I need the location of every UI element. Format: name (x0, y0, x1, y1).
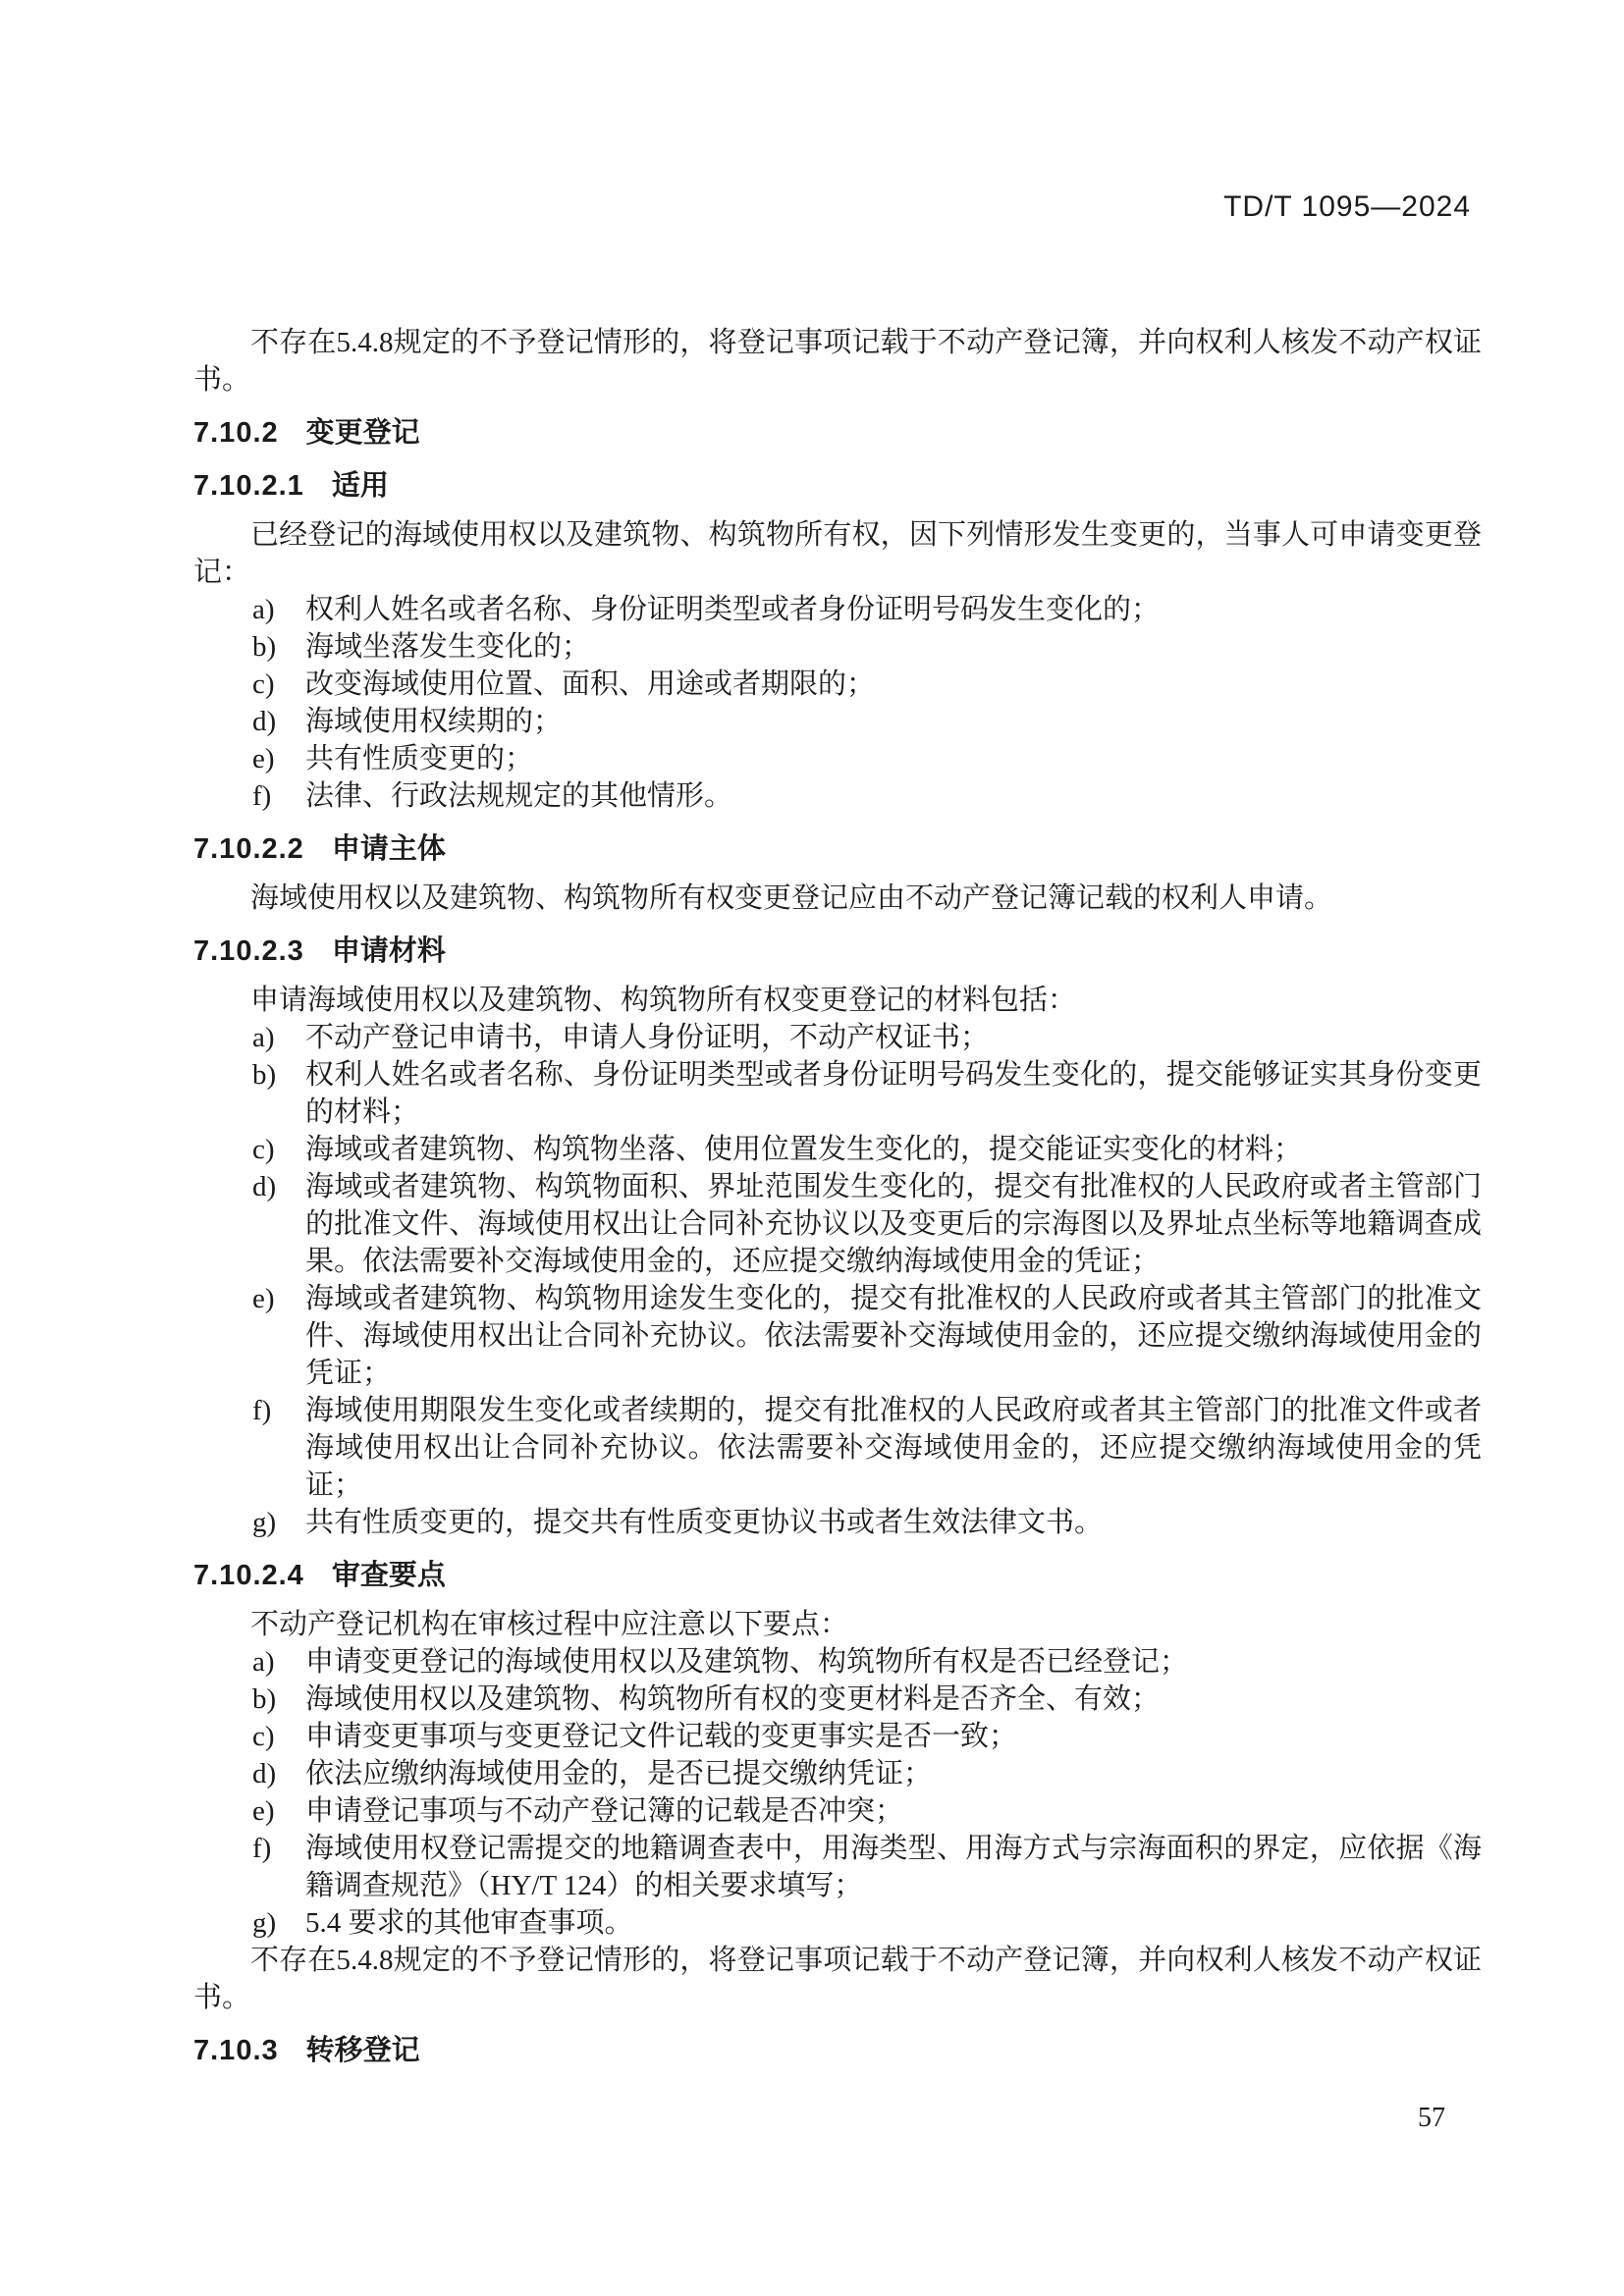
clause-marker: b) (252, 1056, 305, 1131)
clause-item: e) 申请登记事项与不动产登记簿的记载是否冲突； (193, 1792, 1482, 1830)
clause-text: 海域使用权续期的； (305, 703, 1482, 740)
clause-marker: a) (252, 1019, 305, 1056)
clause-text: 海域或者建筑物、构筑物面积、界址范围发生变化的，提交有批准权的人民政府或者主管部… (305, 1168, 1482, 1280)
clause-marker: g) (252, 1904, 305, 1942)
clause-marker: d) (252, 1168, 305, 1280)
clause-item: d) 海域使用权续期的； (193, 703, 1482, 740)
section-title: 申请材料 (332, 935, 446, 967)
clause-item: d) 海域或者建筑物、构筑物面积、界址范围发生变化的，提交有批准权的人民政府或者… (193, 1168, 1482, 1280)
review-closing-paragraph: 不存在5.4.8规定的不予登记情形的，将登记事项记载于不动产登记簿，并向权利人核… (193, 1942, 1482, 2016)
clause-marker: e) (252, 740, 305, 777)
clause-item: g) 共有性质变更的，提交共有性质变更协议书或者生效法律文书。 (193, 1504, 1482, 1541)
section-heading-change-registration: 7.10.2变更登记 (193, 414, 1482, 452)
page-number: 57 (1418, 2103, 1445, 2134)
clause-text: 海域或者建筑物、构筑物用途发生变化的，提交有批准权的人民政府或者其主管部门的批准… (305, 1280, 1482, 1392)
applicant-paragraph: 海域使用权以及建筑物、构筑物所有权变更登记应由不动产登记簿记载的权利人申请。 (193, 880, 1482, 917)
clause-marker: d) (252, 703, 305, 740)
clause-marker: d) (252, 1755, 305, 1792)
clause-marker: b) (252, 628, 305, 666)
clause-marker: b) (252, 1681, 305, 1718)
subsection-heading-materials: 7.10.2.3申请材料 (193, 933, 1482, 970)
clause-text: 改变海域使用位置、面积、用途或者期限的； (305, 666, 1482, 703)
apply-paragraph: 已经登记的海域使用权以及建筑物、构筑物所有权，因下列情形发生变更的，当事人可申请… (193, 516, 1482, 591)
subsection-heading-review: 7.10.2.4审查要点 (193, 1557, 1482, 1594)
clause-text: 共有性质变更的； (305, 740, 1482, 777)
section-number: 7.10.2 (193, 414, 279, 452)
section-title: 审查要点 (332, 1560, 446, 1591)
section-heading-transfer-registration: 7.10.3转移登记 (193, 2032, 1482, 2069)
clause-text: 5.4 要求的其他审查事项。 (305, 1904, 1482, 1942)
clause-marker: c) (252, 1131, 305, 1168)
clause-text: 海域使用期限发生变化或者续期的，提交有批准权的人民政府或者其主管部门的批准文件或… (305, 1392, 1482, 1504)
clause-item: b) 权利人姓名或者名称、身份证明类型或者身份证明号码发生变化的，提交能够证实其… (193, 1056, 1482, 1131)
clause-text: 申请变更登记的海域使用权以及建筑物、构筑物所有权是否已经登记； (305, 1643, 1482, 1681)
standard-code-header: TD/T 1095—2024 (1223, 190, 1471, 224)
clause-item: e) 共有性质变更的； (193, 740, 1482, 777)
clause-item: b) 海域坐落发生变化的； (193, 628, 1482, 666)
clause-item: d) 依法应缴纳海域使用金的，是否已提交缴纳凭证； (193, 1755, 1482, 1792)
clause-item: f) 海域使用期限发生变化或者续期的，提交有批准权的人民政府或者其主管部门的批准… (193, 1392, 1482, 1504)
clause-item: g) 5.4 要求的其他审查事项。 (193, 1904, 1482, 1942)
review-clause-list: a) 申请变更登记的海域使用权以及建筑物、构筑物所有权是否已经登记； b) 海域… (193, 1643, 1482, 1942)
document-page: TD/T 1095—2024 不存在5.4.8规定的不予登记情形的，将登记事项记… (0, 0, 1624, 2296)
clause-marker: f) (252, 1392, 305, 1504)
materials-paragraph: 申请海域使用权以及建筑物、构筑物所有权变更登记的材料包括： (193, 982, 1482, 1019)
clause-item: c) 申请变更事项与变更登记文件记载的变更事实是否一致； (193, 1718, 1482, 1755)
apply-clause-list: a) 权利人姓名或者名称、身份证明类型或者身份证明号码发生变化的； b) 海域坐… (193, 591, 1482, 815)
review-paragraph: 不动产登记机构在审核过程中应注意以下要点： (193, 1606, 1482, 1643)
clause-item: a) 权利人姓名或者名称、身份证明类型或者身份证明号码发生变化的； (193, 591, 1482, 628)
clause-marker: a) (252, 591, 305, 628)
clause-marker: f) (252, 777, 305, 815)
section-title: 转移登记 (306, 2035, 420, 2066)
clause-item: e) 海域或者建筑物、构筑物用途发生变化的，提交有批准权的人民政府或者其主管部门… (193, 1280, 1482, 1392)
clause-text: 不动产登记申请书，申请人身份证明，不动产权证书； (305, 1019, 1482, 1056)
section-number: 7.10.3 (193, 2032, 279, 2069)
clause-item: c) 改变海域使用位置、面积、用途或者期限的； (193, 666, 1482, 703)
page-content: 不存在5.4.8规定的不予登记情形的，将登记事项记载于不动产登记簿，并向权利人核… (193, 324, 1482, 2081)
clause-text: 依法应缴纳海域使用金的，是否已提交缴纳凭证； (305, 1755, 1482, 1792)
materials-clause-list: a) 不动产登记申请书，申请人身份证明，不动产权证书； b) 权利人姓名或者名称… (193, 1019, 1482, 1541)
clause-text: 共有性质变更的，提交共有性质变更协议书或者生效法律文书。 (305, 1504, 1482, 1541)
clause-item: a) 不动产登记申请书，申请人身份证明，不动产权证书； (193, 1019, 1482, 1056)
section-number: 7.10.2.2 (193, 830, 304, 868)
clause-text: 海域使用权登记需提交的地籍调查表中，用海类型、用海方式与宗海面积的界定，应依据《… (305, 1830, 1482, 1904)
subsection-heading-applicant: 7.10.2.2申请主体 (193, 830, 1482, 868)
clause-marker: c) (252, 1718, 305, 1755)
section-number: 7.10.2.4 (193, 1557, 304, 1594)
clause-marker: a) (252, 1643, 305, 1681)
clause-item: a) 申请变更登记的海域使用权以及建筑物、构筑物所有权是否已经登记； (193, 1643, 1482, 1681)
clause-marker: e) (252, 1792, 305, 1830)
clause-text: 海域坐落发生变化的； (305, 628, 1482, 666)
clause-item: b) 海域使用权以及建筑物、构筑物所有权的变更材料是否齐全、有效； (193, 1681, 1482, 1718)
section-title: 变更登记 (306, 417, 420, 449)
section-number: 7.10.2.3 (193, 933, 304, 970)
clause-item: f) 法律、行政法规规定的其他情形。 (193, 777, 1482, 815)
clause-item: c) 海域或者建筑物、构筑物坐落、使用位置发生变化的，提交能证实变化的材料； (193, 1131, 1482, 1168)
section-title: 适用 (332, 470, 389, 502)
section-title: 申请主体 (332, 833, 446, 865)
clause-item: f) 海域使用权登记需提交的地籍调查表中，用海类型、用海方式与宗海面积的界定，应… (193, 1830, 1482, 1904)
clause-marker: f) (252, 1830, 305, 1904)
section-number: 7.10.2.1 (193, 467, 304, 505)
clause-text: 权利人姓名或者名称、身份证明类型或者身份证明号码发生变化的； (305, 591, 1482, 628)
subsection-heading-apply: 7.10.2.1适用 (193, 467, 1482, 505)
clause-marker: c) (252, 666, 305, 703)
clause-text: 权利人姓名或者名称、身份证明类型或者身份证明号码发生变化的，提交能够证实其身份变… (305, 1056, 1482, 1131)
clause-marker: g) (252, 1504, 305, 1541)
clause-text: 法律、行政法规规定的其他情形。 (305, 777, 1482, 815)
clause-text: 申请变更事项与变更登记文件记载的变更事实是否一致； (305, 1718, 1482, 1755)
clause-text: 海域使用权以及建筑物、构筑物所有权的变更材料是否齐全、有效； (305, 1681, 1482, 1718)
lead-paragraph: 不存在5.4.8规定的不予登记情形的，将登记事项记载于不动产登记簿，并向权利人核… (193, 324, 1482, 399)
clause-text: 申请登记事项与不动产登记簿的记载是否冲突； (305, 1792, 1482, 1830)
clause-text: 海域或者建筑物、构筑物坐落、使用位置发生变化的，提交能证实变化的材料； (305, 1131, 1482, 1168)
clause-marker: e) (252, 1280, 305, 1392)
